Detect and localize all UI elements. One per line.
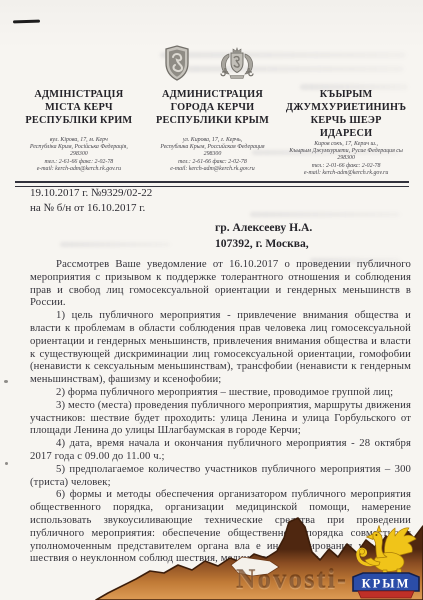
bleed-through-streak xyxy=(250,212,400,217)
reply-to-number: на № б/н от 16.10.2017 г. xyxy=(30,201,152,216)
body-paragraph: Рассмотрев Ваше уведомление от 16.10.201… xyxy=(30,258,411,309)
body-paragraph: 1) цель публичного мероприятия - привлеч… xyxy=(30,309,411,386)
org-title: КЪЫРЫМ ДЖУМХУРИЕТИНИНЪ КЕРЧЬ ШЕЭР ИДАРЕС… xyxy=(283,88,409,140)
org-title: АДМІНІСТРАЦІЯ МІСТА КЕРЧ РЕСПУБЛІКИ КРИМ xyxy=(16,88,142,127)
addressee-name: гр. Алексееву Н.А. xyxy=(215,220,312,236)
addressee-city: 107392, г. Москва, xyxy=(215,236,312,252)
crimea-news-logo: КРЫМ xyxy=(349,520,423,600)
org-title: АДМИНИСТРАЦИЯ ГОРОДА КЕРЧИ РЕСПУБЛИКИ КР… xyxy=(142,88,283,127)
logo-caption: КРЫМ xyxy=(362,577,411,591)
scanned-letter-page: АДМІНІСТРАЦІЯ МІСТА КЕРЧ РЕСПУБЛІКИ КРИМ… xyxy=(0,0,423,600)
logo-base xyxy=(358,591,414,598)
scan-artifact-dash xyxy=(13,20,40,24)
reference-block: 19.10.2017 г. №9329/02-22 на № б/н от 16… xyxy=(30,186,152,215)
kerch-coat-of-arms-icon xyxy=(216,46,258,80)
letterhead-column-ukrainian: АДМІНІСТРАЦІЯ МІСТА КЕРЧ РЕСПУБЛІКИ КРИМ… xyxy=(16,88,142,177)
letterhead-emblems xyxy=(164,44,258,82)
body-paragraph: 4) дата, время начала и окончания публич… xyxy=(30,437,411,463)
body-paragraph: 2) форма публичного мероприятия – шестви… xyxy=(30,386,411,399)
letterhead: АДМІНІСТРАЦІЯ МІСТА КЕРЧ РЕСПУБЛІКИ КРИМ… xyxy=(16,88,409,177)
org-address: Киров сокъ, 17, Керич ш., Къырым Джумхур… xyxy=(283,141,409,177)
griffin-icon xyxy=(358,526,416,578)
letterhead-column-russian: АДМИНИСТРАЦИЯ ГОРОДА КЕРЧИ РЕСПУБЛИКИ КР… xyxy=(142,88,283,177)
letterhead-column-crimean-tatar: КЪЫРЫМ ДЖУМХУРИЕТИНИНЪ КЕРЧЬ ШЕЭР ИДАРЕС… xyxy=(283,88,409,177)
body-paragraph: 3) место (места) проведения публичного м… xyxy=(30,399,411,437)
crimea-coat-of-arms-icon xyxy=(164,44,190,82)
org-address: вул. Кірова, 17, м. Керч Республіка Крим… xyxy=(16,137,142,173)
org-address: ул. Кирова, 17, г. Керчь, Республика Кры… xyxy=(142,137,283,173)
scan-speck xyxy=(4,380,8,383)
outgoing-number: 19.10.2017 г. №9329/02-22 xyxy=(30,186,152,201)
news-site-watermark: Novosti- xyxy=(236,564,348,595)
bleed-through-streak xyxy=(60,242,170,247)
addressee-block: гр. Алексееву Н.А. 107392, г. Москва, xyxy=(215,220,312,252)
